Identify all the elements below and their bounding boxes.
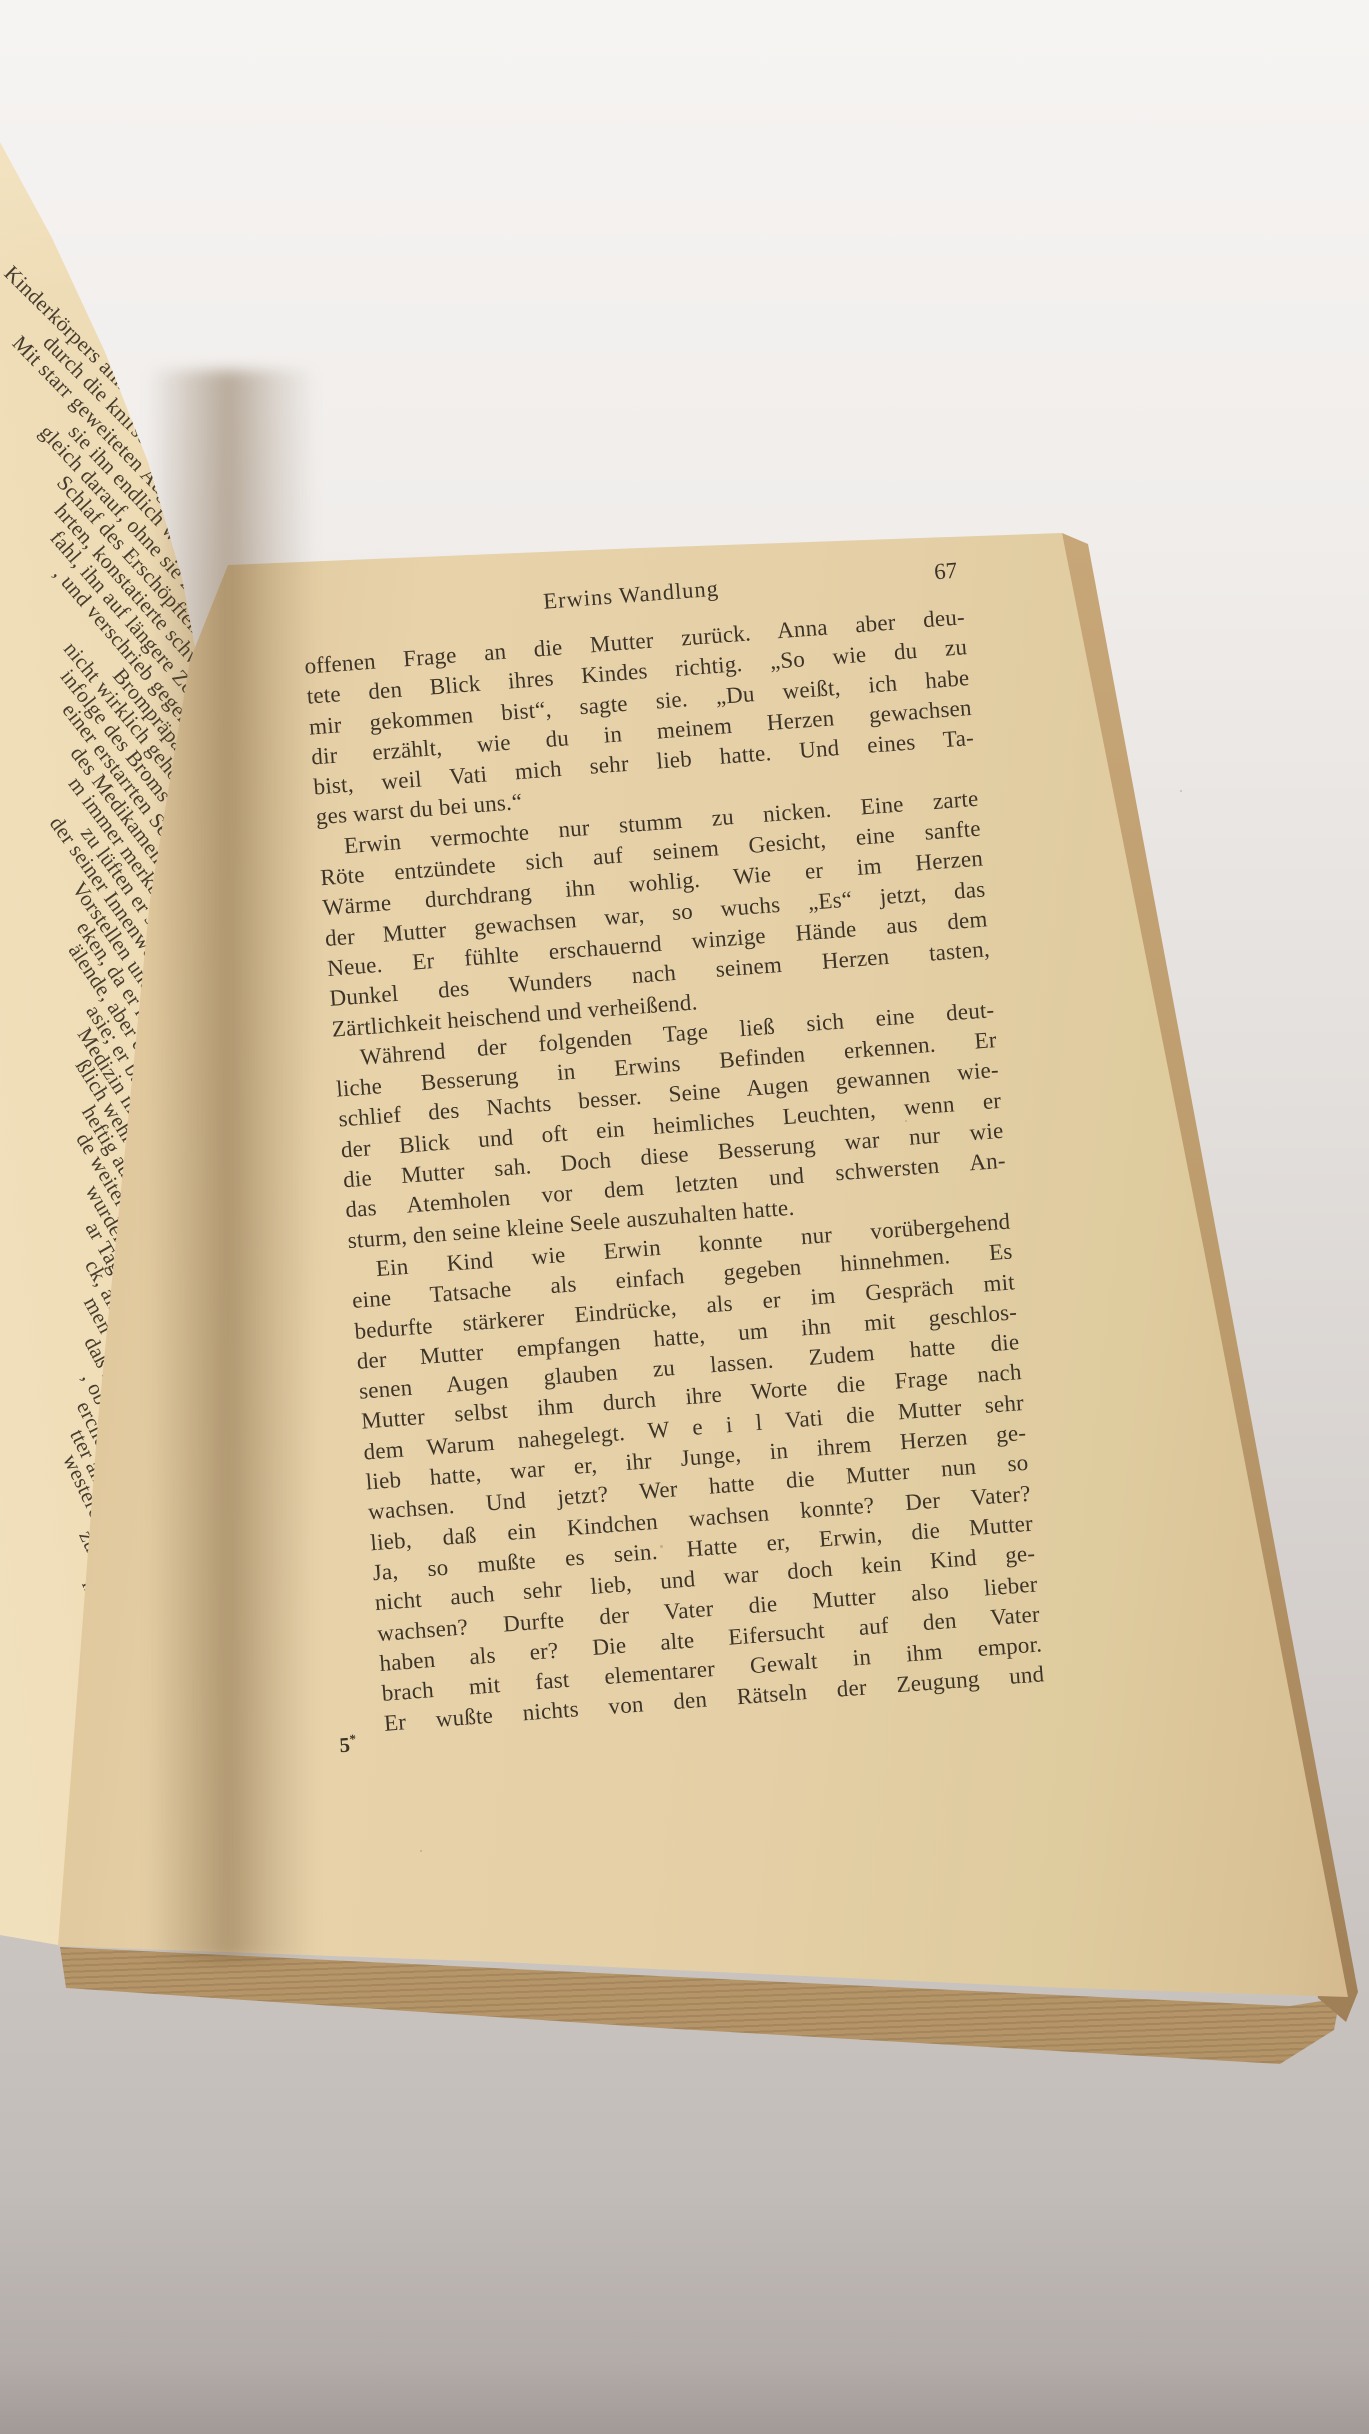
paper-speck xyxy=(1180,790,1182,792)
book-photo-scene: Robert JaneckeKinderkörpers ankämpfte. A… xyxy=(0,0,1369,2434)
signature-mark: 5* xyxy=(339,1731,358,1758)
page-number: 67 xyxy=(933,557,958,587)
right-page: Erwins Wandlung 67 offenen Frage an die … xyxy=(0,0,1369,2434)
paper-speck xyxy=(905,1120,907,1122)
right-page-text: Erwins Wandlung 67 offenen Frage an die … xyxy=(300,556,1045,1739)
paper-speck xyxy=(660,1545,663,1548)
paper-speck xyxy=(420,1850,422,1852)
paper-speck xyxy=(560,980,563,983)
